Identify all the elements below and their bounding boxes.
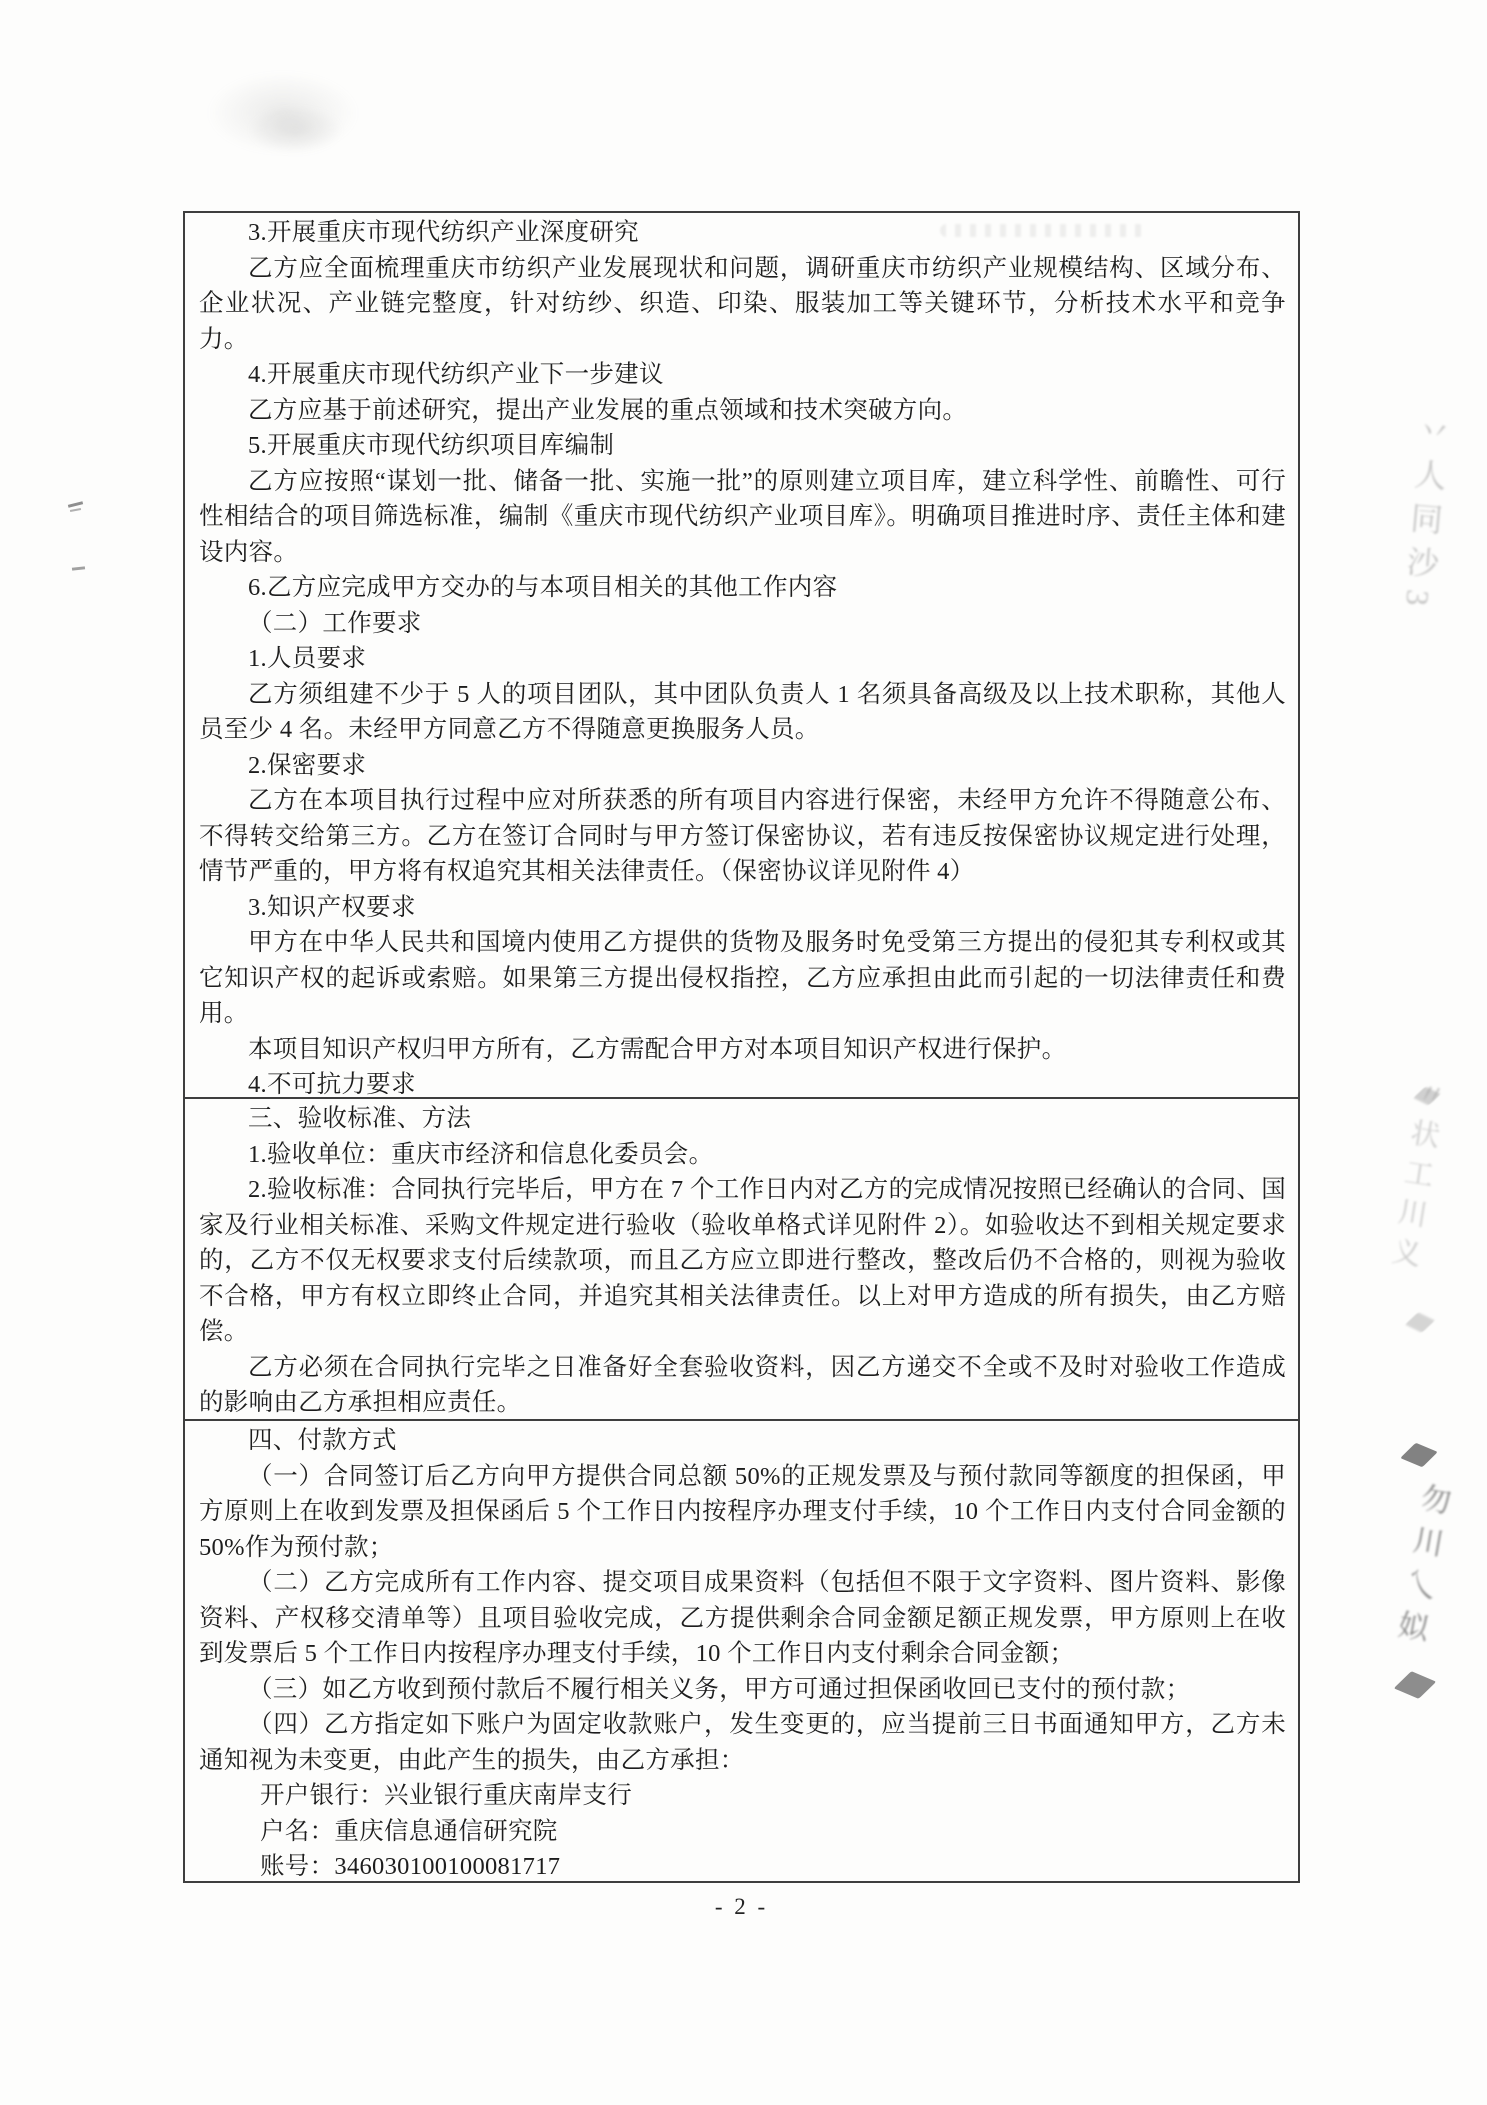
ink-blot (1400, 1443, 1438, 1467)
handwriting-artifact-top: 丷人同沙3 (1393, 412, 1457, 619)
contract-paragraph: 乙方应全面梳理重庆市纺织产业发展现状和问题，调研重庆市纺织产业规模结构、区域分布… (199, 251, 1286, 358)
contract-paragraph: 乙方应基于前述研究，提出产业发展的重点领域和技术突破方向。 (199, 393, 1286, 429)
contract-paragraph: 2.验收标准：合同执行完毕后，甲方在 7 个工作日内对乙方的完成情况按照已经确认… (199, 1172, 1286, 1350)
contract-paragraph: 乙方须组建不少于 5 人的项目团队，其中团队负责人 1 名须具备高级及以上技术职… (199, 677, 1286, 748)
scan-smudge (248, 106, 343, 154)
scan-smudge (208, 72, 358, 154)
bank-detail-line: 户名：重庆信息通信研究院 (260, 1814, 1286, 1850)
contract-paragraph: （二）乙方完成所有工作内容、提交项目成果资料（包括但不限于文字资料、图片资料、影… (199, 1565, 1286, 1672)
contract-paragraph: 4.开展重庆市现代纺织产业下一步建议 (199, 357, 1286, 393)
contract-paragraph: 3.开展重庆市现代纺织产业深度研究 (199, 215, 1286, 251)
contract-paragraph: （二）工作要求 (199, 606, 1286, 642)
handwriting-artifact-bottom: 勿川乀姒 (1383, 1479, 1456, 1656)
stray-mark (70, 508, 81, 512)
table-row-service-content: 3.开展重庆市现代纺织产业深度研究乙方应全面梳理重庆市纺织产业发展现状和问题，调… (185, 213, 1298, 1097)
contract-paragraph: 甲方在中华人民共和国境内使用乙方提供的货物及服务时免受第三方提出的侵犯其专利权或… (199, 925, 1286, 1032)
contract-paragraph: 6.乙方应完成甲方交办的与本项目相关的其他工作内容 (199, 570, 1286, 606)
contract-paragraph: 乙方必须在合同执行完毕之日准备好全套验收资料，因乙方递交不全或不及时对验收工作造… (199, 1350, 1286, 1420)
stray-mark (72, 566, 85, 570)
contract-paragraph: 5.开展重庆市现代纺织项目库编制 (199, 428, 1286, 464)
contract-paragraph: 1.人员要求 (199, 641, 1286, 677)
contract-paragraph: 本项目知识产权归甲方所有，乙方需配合甲方对本项目知识产权进行保护。 (199, 1032, 1286, 1068)
scanned-contract-page: 3.开展重庆市现代纺织产业深度研究乙方应全面梳理重庆市纺织产业发展现状和问题，调… (0, 0, 1487, 2105)
handwriting-artifact-middle: 〃状工川义 (1381, 1076, 1453, 1280)
contract-paragraph: 四、付款方式 (199, 1423, 1286, 1459)
table-row-acceptance: 三、验收标准、方法1.验收单位：重庆市经济和信息化委员会。2.验收标准：合同执行… (185, 1097, 1298, 1419)
contract-paragraph: 1.验收单位：重庆市经济和信息化委员会。 (199, 1137, 1286, 1173)
contract-paragraph: 三、验收标准、方法 (199, 1101, 1286, 1137)
stray-mark (68, 501, 83, 508)
bank-detail-line: 开户银行：兴业银行重庆南岸支行 (260, 1778, 1286, 1814)
contract-paragraph: 2.保密要求 (199, 748, 1286, 784)
contract-paragraph: （一）合同签订后乙方向甲方提供合同总额 50%的正规发票及与预付款同等额度的担保… (199, 1459, 1286, 1566)
contract-paragraph: 3.知识产权要求 (199, 890, 1286, 926)
contract-table: 3.开展重庆市现代纺织产业深度研究乙方应全面梳理重庆市纺织产业发展现状和问题，调… (183, 211, 1300, 1883)
contract-paragraph: 乙方在本项目执行过程中应对所获悉的所有项目内容进行保密，未经甲方允许不得随意公布… (199, 783, 1286, 890)
contract-paragraph: 乙方应按照“谋划一批、储备一批、实施一批”的原则建立项目库，建立科学性、前瞻性、… (199, 464, 1286, 571)
contract-paragraph: （三）如乙方收到预付款后不履行相关义务，甲方可通过担保函收回已支付的预付款； (199, 1672, 1286, 1708)
table-row-payment: 四、付款方式（一）合同签订后乙方向甲方提供合同总额 50%的正规发票及与预付款同… (185, 1419, 1298, 1881)
ink-blot (1405, 1312, 1435, 1332)
ink-blot (1394, 1671, 1437, 1699)
contract-paragraph: 4.不可抗力要求 (199, 1067, 1286, 1097)
bank-detail-line: 账号：346030100100081717 (260, 1849, 1286, 1881)
page-number: - 2 - (183, 1894, 1300, 1920)
ink-blot (1413, 1087, 1440, 1106)
contract-paragraph: （四）乙方指定如下账户为固定收款账户，发生变更的，应当提前三日书面通知甲方，乙方… (199, 1707, 1286, 1778)
